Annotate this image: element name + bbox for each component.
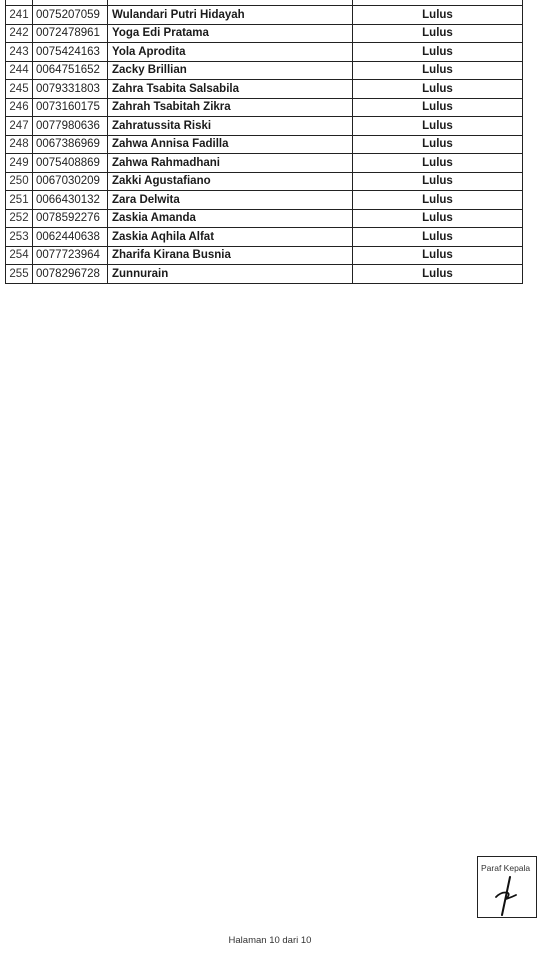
row-status: Lulus [353,135,523,154]
row-number: 255 [6,265,33,284]
row-nisn: 0073160175 [33,98,108,117]
table-row: 242 0072478961 Yoga Edi Pratama Lulus [6,24,523,43]
row-status: Lulus [353,61,523,80]
table-row: 250 0067030209 Zakki Agustafiano Lulus [6,172,523,191]
row-student-name: Zahratussita Riski [108,117,353,136]
row-number: 247 [6,117,33,136]
row-student-name: Wulandari Putri Hidayah [108,6,353,25]
row-nisn: 0062440638 [33,228,108,247]
table-row: 251 0066430132 Zara Delwita Lulus [6,191,523,210]
row-status: Lulus [353,117,523,136]
row-number: 241 [6,6,33,25]
row-status: Lulus [353,209,523,228]
row-number: 250 [6,172,33,191]
table-row: 241 0075207059 Wulandari Putri Hidayah L… [6,6,523,25]
row-nisn: 0066430132 [33,191,108,210]
row-number: 243 [6,43,33,62]
row-status: Lulus [353,98,523,117]
row-status: Lulus [353,172,523,191]
row-nisn: 0075424163 [33,43,108,62]
row-nisn: 0072478961 [33,24,108,43]
signature-icon [488,875,528,917]
row-student-name: Zahrah Tsabitah Zikra [108,98,353,117]
table-row: 245 0079331803 Zahra Tsabita Salsabila L… [6,80,523,99]
table-row: 249 0075408869 Zahwa Rahmadhani Lulus [6,154,523,173]
row-status: Lulus [353,228,523,247]
row-student-name: Zharifa Kirana Busnia [108,246,353,265]
row-student-name: Zahwa Rahmadhani [108,154,353,173]
row-student-name: Zaskia Amanda [108,209,353,228]
row-status: Lulus [353,154,523,173]
row-student-name: Zunnurain [108,265,353,284]
row-number: 242 [6,24,33,43]
table-row: 246 0073160175 Zahrah Tsabitah Zikra Lul… [6,98,523,117]
row-nisn: 0077980636 [33,117,108,136]
row-number: 251 [6,191,33,210]
row-number: 244 [6,61,33,80]
table-row: 253 0062440638 Zaskia Aqhila Alfat Lulus [6,228,523,247]
row-student-name: Zahra Tsabita Salsabila [108,80,353,99]
row-number: 245 [6,80,33,99]
row-nisn: 0075408869 [33,154,108,173]
table-row: 255 0078296728 Zunnurain Lulus [6,265,523,284]
page-footer: Halaman 10 dari 10 [0,935,540,946]
row-student-name: Zahwa Annisa Fadilla [108,135,353,154]
row-number: 249 [6,154,33,173]
row-status: Lulus [353,24,523,43]
table-row: 243 0075424163 Yola Aprodita Lulus [6,43,523,62]
row-nisn: 0067386969 [33,135,108,154]
row-number: 246 [6,98,33,117]
row-status: Lulus [353,80,523,99]
paraf-label: Paraf Kepala [481,863,530,873]
table-row: 254 0077723964 Zharifa Kirana Busnia Lul… [6,246,523,265]
row-status: Lulus [353,265,523,284]
row-status: Lulus [353,246,523,265]
row-student-name: Zakki Agustafiano [108,172,353,191]
student-results-table: 241 0075207059 Wulandari Putri Hidayah L… [5,0,523,284]
table-row: 252 0078592276 Zaskia Amanda Lulus [6,209,523,228]
paraf-kepala-box: Paraf Kepala [477,856,537,918]
row-status: Lulus [353,43,523,62]
table-row: 244 0064751652 Zacky Brillian Lulus [6,61,523,80]
row-nisn: 0075207059 [33,6,108,25]
row-student-name: Zara Delwita [108,191,353,210]
row-nisn: 0078296728 [33,265,108,284]
row-nisn: 0078592276 [33,209,108,228]
row-number: 252 [6,209,33,228]
row-status: Lulus [353,191,523,210]
row-student-name: Yola Aprodita [108,43,353,62]
table-row: 248 0067386969 Zahwa Annisa Fadilla Lulu… [6,135,523,154]
row-number: 253 [6,228,33,247]
row-student-name: Zacky Brillian [108,61,353,80]
row-nisn: 0077723964 [33,246,108,265]
row-status: Lulus [353,6,523,25]
row-nisn: 0079331803 [33,80,108,99]
row-nisn: 0067030209 [33,172,108,191]
row-number: 248 [6,135,33,154]
row-nisn: 0064751652 [33,61,108,80]
row-number: 254 [6,246,33,265]
row-student-name: Yoga Edi Pratama [108,24,353,43]
table-row: 247 0077980636 Zahratussita Riski Lulus [6,117,523,136]
row-student-name: Zaskia Aqhila Alfat [108,228,353,247]
